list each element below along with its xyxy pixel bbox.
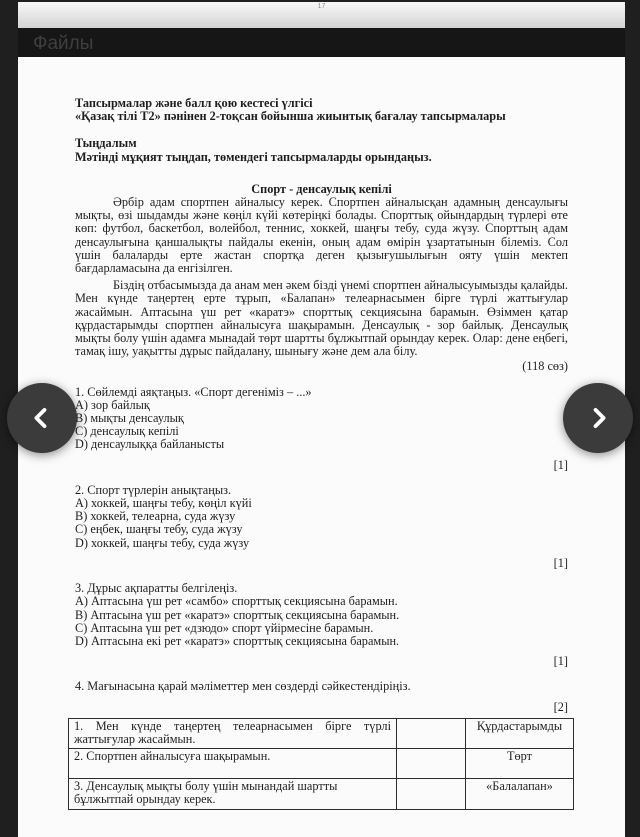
mark-badge: [2]	[75, 701, 568, 714]
statement-cell: 1. Мен күнде таңертең телеарнасымен бірг…	[69, 718, 397, 748]
option-line: D) Аптасына екі рет «каратэ» спорттық се…	[75, 635, 568, 648]
question-1: 1. Сөйлемді аяқтаңыз. «Спорт дегеніміз –…	[75, 386, 568, 452]
option-line: D) хоккей, шаңғы тебу, суда жүзу	[75, 537, 568, 550]
paragraph-2: Біздің отбасымызда да анам мен әкем бізд…	[75, 279, 568, 358]
table-row: 2. Спортпен айналысуға шақырамын. Төрт	[69, 749, 574, 779]
table-row: 1. Мен күнде таңертең телеарнасымен бірг…	[69, 718, 574, 748]
match-table: 1. Мен күнде таңертең телеарнасымен бірг…	[68, 718, 574, 810]
section-label: Тыңдалым	[75, 137, 568, 150]
status-text: 17	[318, 3, 326, 10]
app-header: Файлы	[18, 28, 625, 57]
mark-badge: [1]	[75, 557, 568, 570]
prev-button[interactable]	[7, 383, 77, 453]
option-line: A) Аптасына үш рет «самбо» спорттық секц…	[75, 595, 568, 608]
question-prompt: 4. Мағынасына қарай мәліметтер мен сөзде…	[75, 680, 568, 693]
word-cell: «Балалапан»	[466, 779, 574, 809]
chevron-right-icon	[583, 403, 613, 433]
option-line: D) денсаулыққа байланысты	[75, 438, 568, 451]
section-instruction: Мәтінді мұқият тыңдап, төмендегі тапсырм…	[75, 151, 568, 164]
doc-header-line-2: «Қазақ тілі Т2» пәнінен 2-тоқсан бойынша…	[75, 110, 568, 123]
word-cell: Төрт	[466, 749, 574, 779]
screen: 17 Файлы Тапсырмалар және балл қою кесте…	[0, 0, 640, 837]
answer-cell[interactable]	[397, 779, 466, 809]
mark-badge: [1]	[75, 655, 568, 668]
question-3: 3. Дұрыс ақпаратты белгілеңіз. A) Аптасы…	[75, 582, 568, 648]
statement-cell: 3. Денсаулық мықты болу үшін мынандай ша…	[69, 779, 397, 809]
document-content: Тапсырмалар және балл қою кестесі үлгісі…	[18, 57, 625, 810]
word-cell: Құрдастарымды	[466, 718, 574, 748]
option-line: C) еңбек, шаңғы тебу, суда жүзу	[75, 523, 568, 536]
question-4: 4. Мағынасына қарай мәліметтер мен сөзде…	[75, 680, 568, 693]
table-row: 3. Денсаулық мықты болу үшін мынандай ша…	[69, 779, 574, 809]
option-line: B) Аптасына үш рет «каратэ» спорттық сек…	[75, 609, 568, 622]
question-prompt: 1. Сөйлемді аяқтаңыз. «Спорт дегеніміз –…	[75, 386, 568, 399]
status-bar: 17	[18, 2, 625, 28]
statement-cell: 2. Спортпен айналысуға шақырамын.	[69, 749, 397, 779]
chevron-left-icon	[27, 403, 57, 433]
next-button[interactable]	[563, 383, 633, 453]
question-2: 2. Спорт түрлерін анықтаңыз. A) хоккей, …	[75, 484, 568, 550]
mark-badge: [1]	[75, 459, 568, 472]
document-page[interactable]: Тапсырмалар және балл қою кестесі үлгісі…	[18, 57, 625, 837]
answer-cell[interactable]	[397, 749, 466, 779]
answer-cell[interactable]	[397, 718, 466, 748]
option-line: C) Аптасына үш рет «дзюдо» спорт үйірмес…	[75, 622, 568, 635]
paragraph-1: Әрбір адам спортпен айналысу керек. Спор…	[75, 196, 568, 275]
app-header-title: Файлы	[33, 33, 93, 54]
word-count: (118 сөз)	[75, 360, 568, 373]
